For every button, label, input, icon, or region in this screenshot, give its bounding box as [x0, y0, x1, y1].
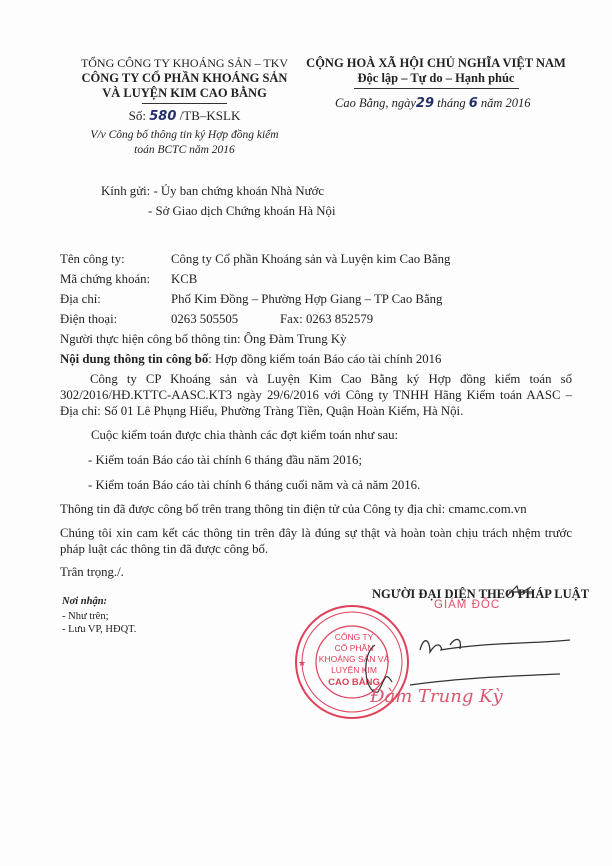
- national-header: CỘNG HOÀ XÃ HỘI CHỦ NGHĨA VIỆT NAM Độc l…: [300, 56, 572, 89]
- svg-text:KHOÁNG SẢN VÀ: KHOÁNG SẢN VÀ: [319, 653, 390, 664]
- svg-text:★: ★: [298, 659, 306, 669]
- parent-org: TỔNG CÔNG TY KHOÁNG SẢN – TKV: [52, 56, 317, 71]
- signature-position: GIÁM ĐỐC: [434, 599, 500, 611]
- fax-value: Fax: 0263 852579: [280, 310, 373, 328]
- handwritten-number: 580: [149, 109, 176, 124]
- info-value: 0263 505505: [171, 310, 238, 328]
- addressee-2: - Sở Giao dịch Chứng khoán Hà Nội: [148, 202, 336, 220]
- info-value: Công ty Cổ phần Khoáng sản và Luyện kim …: [171, 250, 450, 268]
- document-number: Số: 580 /TB–KSLK: [52, 108, 317, 124]
- info-value: KCB: [171, 270, 197, 288]
- issuer-header: TỔNG CÔNG TY KHOÁNG SẢN – TKV CÔNG TY CỔ…: [52, 56, 317, 158]
- svg-text:LUYỆN KIM: LUYỆN KIM: [331, 665, 377, 675]
- initial-mark: [505, 584, 537, 600]
- commitment: Chúng tôi xin cam kết các thông tin trên…: [60, 525, 572, 557]
- national-title: CỘNG HOÀ XÃ HỘI CHỦ NGHĨA VIỆT NAM: [300, 56, 572, 71]
- handwritten-signature: [400, 630, 580, 690]
- info-label: Địa chỉ:: [60, 290, 101, 308]
- svg-text:CỔ PHẦN: CỔ PHẦN: [335, 642, 374, 653]
- info-value: Phố Kim Đồng – Phường Hợp Giang – TP Cao…: [171, 290, 442, 308]
- bullet-item: - Kiểm toán Báo cáo tài chính 6 tháng cu…: [88, 476, 420, 494]
- info-label: Mã chứng khoán:: [60, 270, 150, 288]
- motto: Độc lập – Tự do – Hạnh phúc: [300, 71, 572, 86]
- recipients-title: Nơi nhận:: [62, 596, 107, 607]
- header-divider: [142, 103, 227, 104]
- document-date: Cao Bằng, ngày29 tháng 6 năm 2016: [335, 96, 531, 111]
- content-line: Nội dung thông tin công bố: Hợp đồng kiể…: [60, 350, 441, 368]
- info-label: Tên công ty:: [60, 250, 125, 268]
- discloser: Người thực hiện công bố thông tin: Ông Đ…: [60, 330, 347, 348]
- recipient-item: - Lưu VP, HĐQT.: [62, 623, 136, 636]
- motto-underline: [354, 88, 519, 89]
- body-paragraph: Công ty CP Khoáng sản và Luyện Kim Cao B…: [60, 371, 572, 419]
- company-name-line2: VÀ LUYỆN KIM CAO BẰNG: [52, 86, 317, 101]
- recipient-item: - Như trên;: [62, 610, 109, 623]
- body-paragraph: Cuộc kiểm toán được chia thành các đợt k…: [91, 426, 398, 444]
- info-label: Điện thoại:: [60, 310, 117, 328]
- closing: Trân trọng./.: [60, 563, 124, 581]
- subject: V/v Công bố thông tin ký Hợp đồng kiểm t…: [52, 128, 317, 158]
- company-name-line1: CÔNG TY CỔ PHẦN KHOÁNG SẢN: [52, 71, 317, 86]
- addressee-1: Kính gửi: - Ủy ban chứng khoán Nhà Nước: [101, 182, 324, 200]
- bullet-item: - Kiểm toán Báo cáo tài chính 6 tháng đầ…: [88, 451, 362, 469]
- signer-name: Đàm Trung Kỳ: [370, 686, 503, 707]
- svg-text:CÔNG TY: CÔNG TY: [335, 632, 374, 642]
- website-line: Thông tin đã được công bố trên trang thô…: [60, 500, 527, 518]
